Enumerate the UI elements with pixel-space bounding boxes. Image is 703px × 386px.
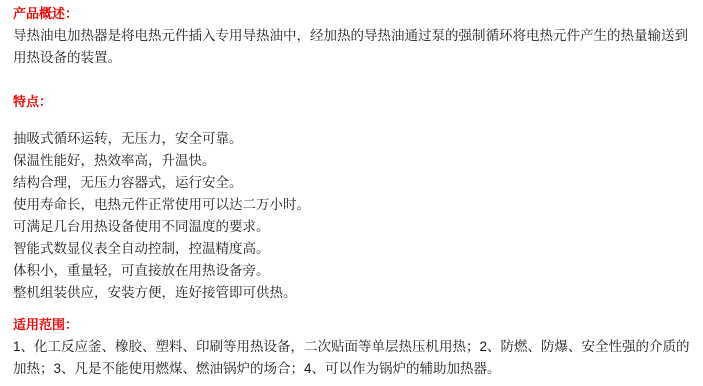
feature-item: 抽吸式循环运转，无压力，安全可靠。: [13, 128, 697, 150]
scope-section: 适用范围： 1、化工反应釜、橡胶、塑料、印刷等用热设备，二次贴面等单层热压机用热…: [13, 314, 697, 380]
features-list: 抽吸式循环运转，无压力，安全可靠。 保温性能好，热效率高，升温快。 结构合理，无…: [13, 128, 697, 304]
feature-item: 可满足几台用热设备使用不同温度的要求。: [13, 216, 697, 238]
scope-body: 1、化工反应釜、橡胶、塑料、印刷等用热设备，二次贴面等单层热压机用热；2、防燃、…: [13, 336, 697, 380]
product-description-document: 产品概述： 导热油电加热器是将电热元件插入专用导热油中，经加热的导热油通过泵的强…: [0, 0, 703, 380]
features-section: 特点： 抽吸式循环运转，无压力，安全可靠。 保温性能好，热效率高，升温快。 结构…: [13, 91, 697, 304]
feature-item: 智能式数显仪表全自动控制，控温精度高。: [13, 238, 697, 260]
feature-item: 使用寿命长，电热元件正常使用可以达二万小时。: [13, 194, 697, 216]
feature-item: 体积小，重量轻，可直接放在用热设备旁。: [13, 260, 697, 282]
overview-section: 产品概述： 导热油电加热器是将电热元件插入专用导热油中，经加热的导热油通过泵的强…: [13, 3, 697, 69]
feature-item: 保温性能好，热效率高，升温快。: [13, 150, 697, 172]
overview-body: 导热油电加热器是将电热元件插入专用导热油中，经加热的导热油通过泵的强制循环将电热…: [13, 25, 697, 69]
features-heading: 特点：: [13, 91, 697, 113]
scope-heading: 适用范围：: [13, 314, 697, 336]
feature-item: 结构合理，无压力容器式，运行安全。: [13, 172, 697, 194]
feature-item: 整机组装供应，安装方便，连好接管即可供热。: [13, 282, 697, 304]
overview-heading: 产品概述：: [13, 3, 697, 25]
